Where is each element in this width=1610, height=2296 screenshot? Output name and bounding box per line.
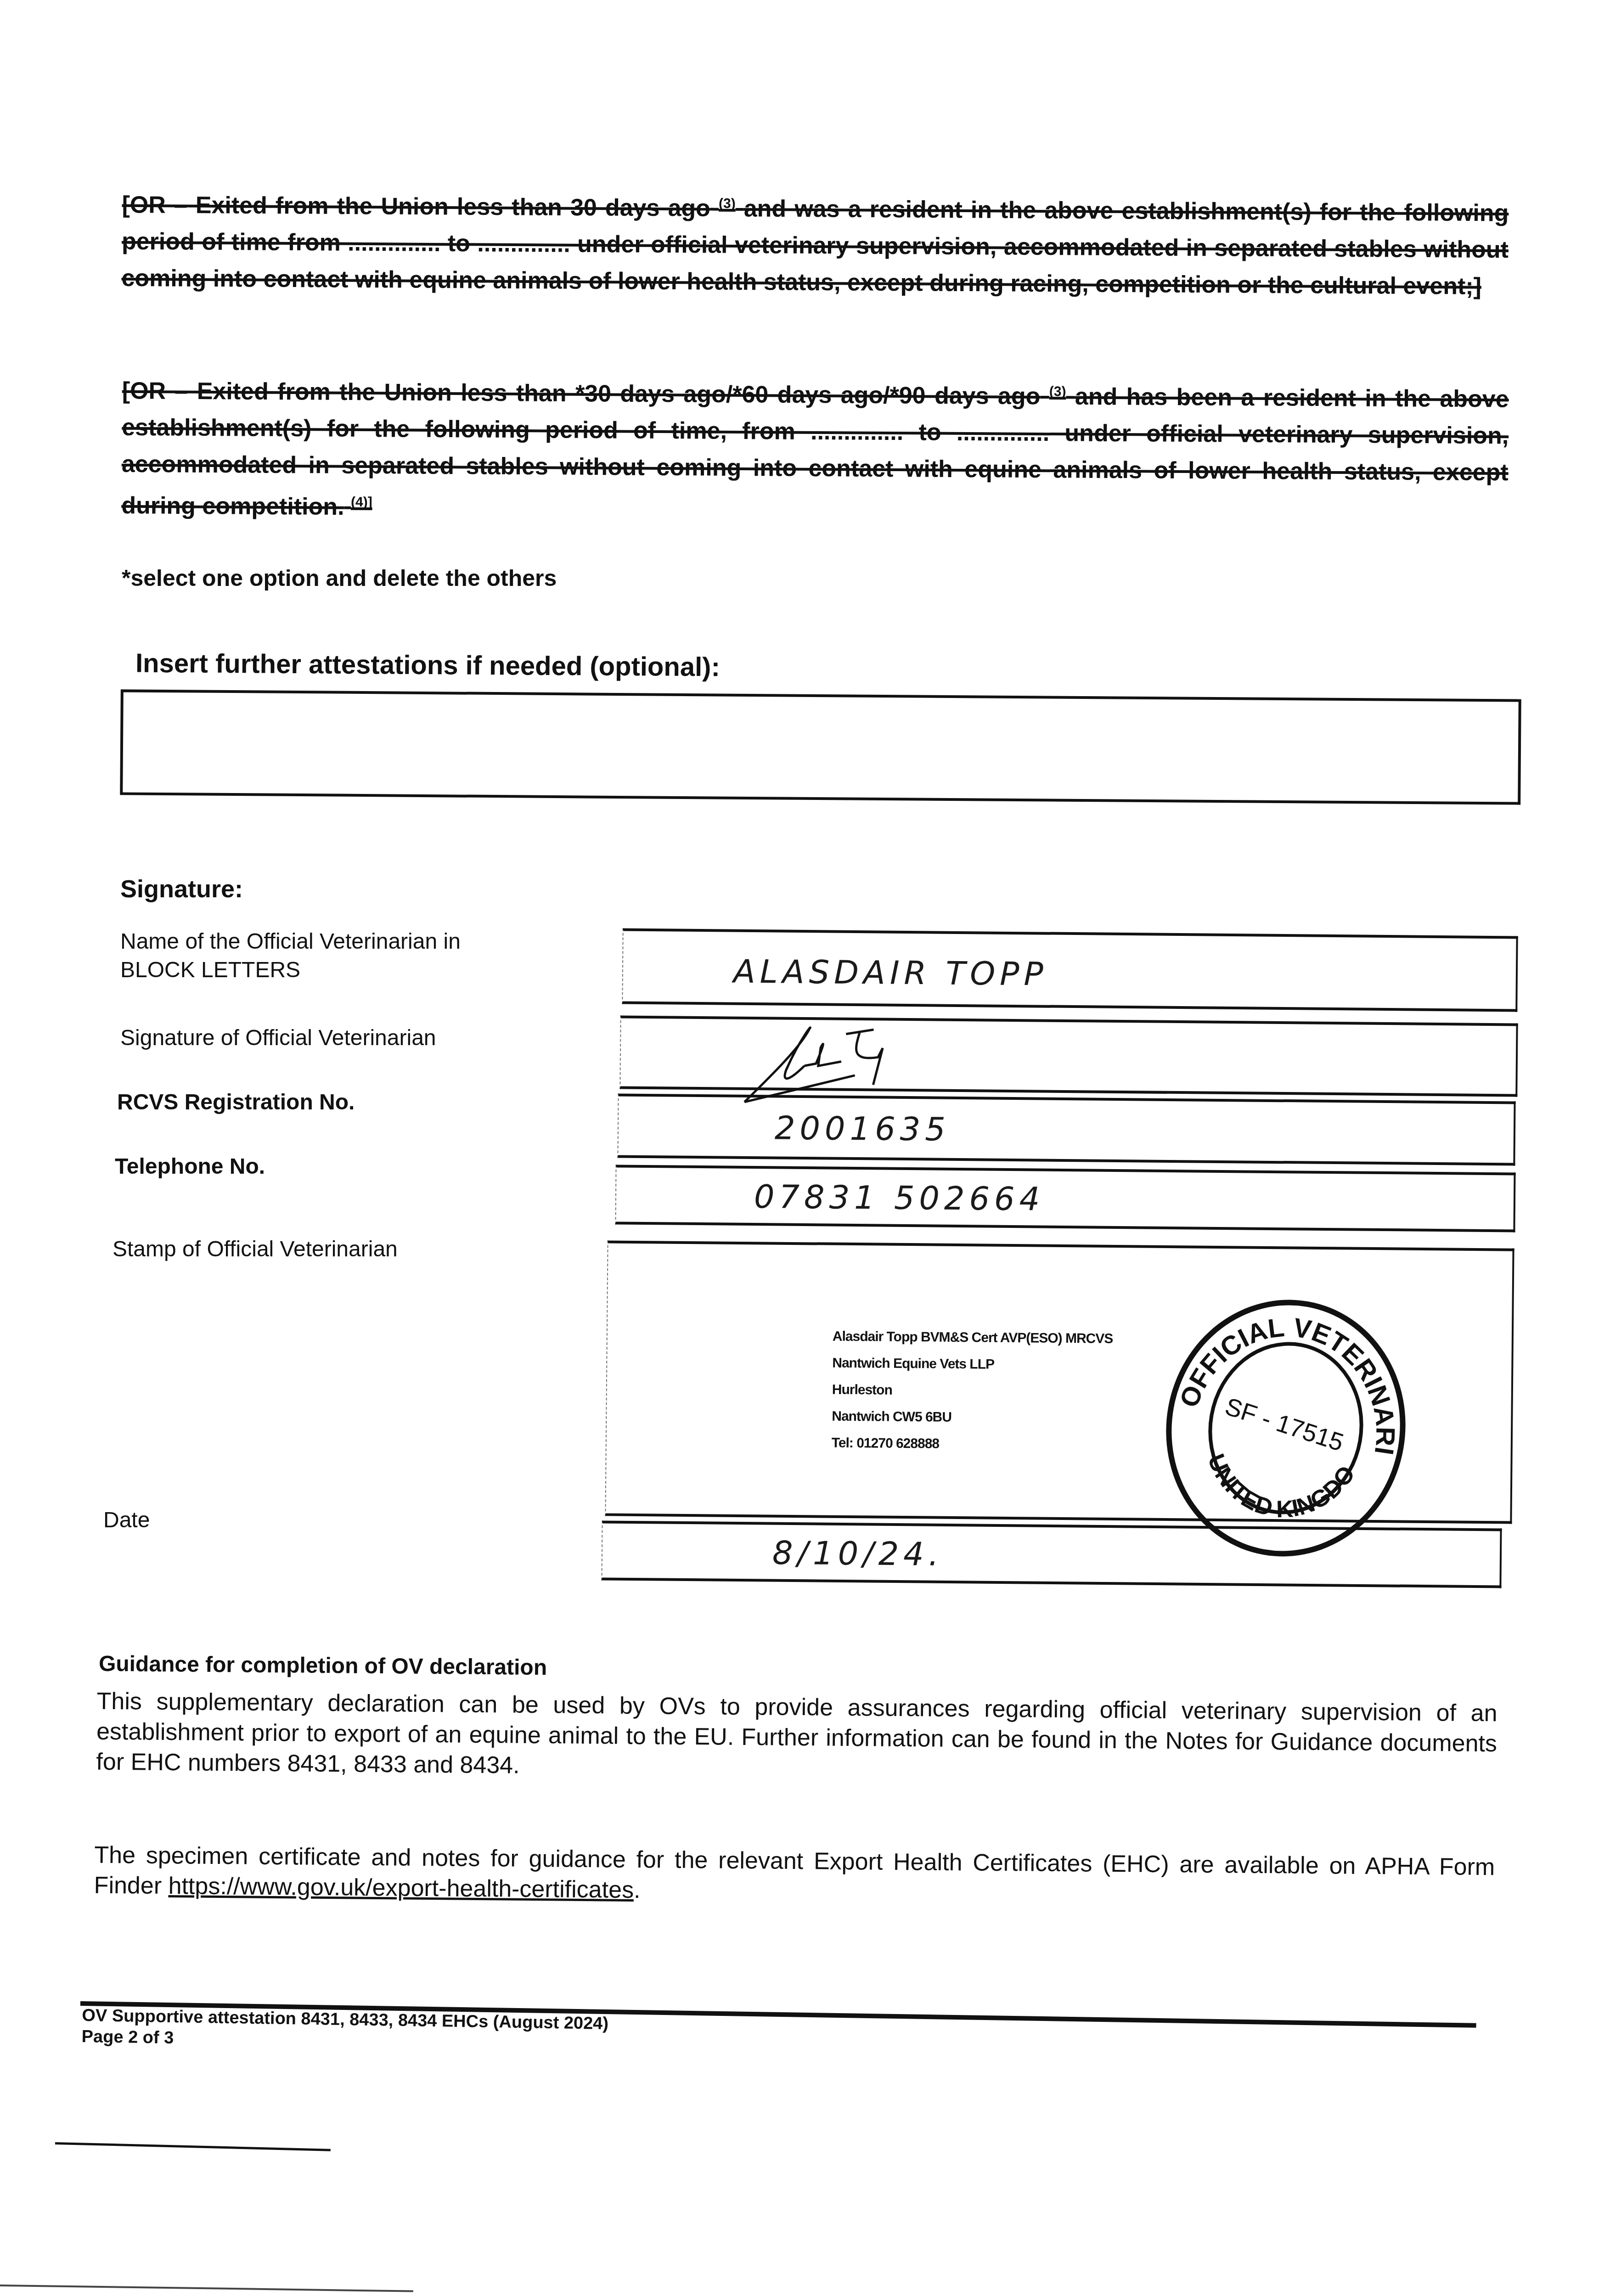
stamp-line: Nantwich Equine Vets LLP (832, 1350, 1113, 1379)
footnote-ref: (3) (719, 196, 736, 211)
stamp-line: Hurleston (832, 1377, 1113, 1406)
guidance-paragraph-2: The specimen certificate and notes for g… (94, 1840, 1495, 1913)
label-text: Name of the Official Veterinarian in (120, 928, 461, 956)
footnote-ref: (3) (1049, 384, 1066, 399)
select-note: *select one option and delete the others (122, 565, 557, 591)
footer: OV Supportive attestation 8431, 8433, 84… (81, 2005, 608, 2055)
option-text: [OR – Exited from the Union less than 30… (122, 191, 710, 222)
name-label: Name of the Official Veterinarian in BLO… (120, 928, 461, 985)
rcvs-value: 2001635 (775, 1109, 950, 1148)
guidance-heading: Guidance for completion of OV declaratio… (99, 1651, 547, 1681)
rcvs-field[interactable]: 2001635 (617, 1093, 1515, 1165)
stamp-label: Stamp of Official Veterinarian (113, 1235, 398, 1264)
guidance-paragraph-1: This supplementary declaration can be us… (96, 1686, 1497, 1790)
date-value: 8/10/24. (772, 1534, 944, 1573)
scan-edge-line (0, 2285, 413, 2292)
signature-field[interactable] (619, 1015, 1518, 1097)
document-page: [OR – Exited from the Union less than 30… (0, 0, 1610, 2296)
further-attestations-field[interactable] (120, 689, 1521, 805)
further-attestations-heading: Insert further attestations if needed (o… (135, 648, 720, 683)
label-text: BLOCK LETTERS (120, 956, 461, 985)
guidance-text: . (634, 1877, 641, 1903)
vet-address-stamp: Alasdair Topp BVM&S Cert AVP(ESO) MRCVS … (832, 1323, 1113, 1459)
date-field[interactable]: 8/10/24. (601, 1520, 1502, 1588)
name-field[interactable]: ALASDAIR TOPP (622, 928, 1518, 1012)
date-label: Date (103, 1506, 150, 1535)
stamp-line: Nantwich CW5 6BU (832, 1403, 1112, 1432)
telephone-value: 07831 502664 (754, 1178, 1045, 1218)
name-value: ALASDAIR TOPP (733, 953, 1048, 993)
export-health-certificates-link[interactable]: https://www.gov.uk/export-health-certifi… (168, 1873, 634, 1903)
stamp-line: Tel: 01270 628888 (832, 1430, 1112, 1459)
option-text: [OR – Exited from the Union less than *3… (122, 377, 1041, 410)
scan-artifact-line (55, 2142, 331, 2151)
telephone-label: Telephone No. (115, 1153, 265, 1181)
attestation-option-2: [OR – Exited from the Union less than *3… (121, 368, 1509, 533)
attestation-option-1: [OR – Exited from the Union less than 30… (121, 182, 1509, 305)
telephone-field[interactable]: 07831 502664 (615, 1165, 1515, 1232)
rcvs-label: RCVS Registration No. (117, 1088, 355, 1117)
signature-label: Signature of Official Veterinarian (120, 1024, 436, 1052)
signature-heading: Signature: (120, 875, 243, 903)
stamp-line: Alasdair Topp BVM&S Cert AVP(ESO) MRCVS (833, 1323, 1113, 1352)
footnote-ref: (4)] (351, 495, 372, 510)
